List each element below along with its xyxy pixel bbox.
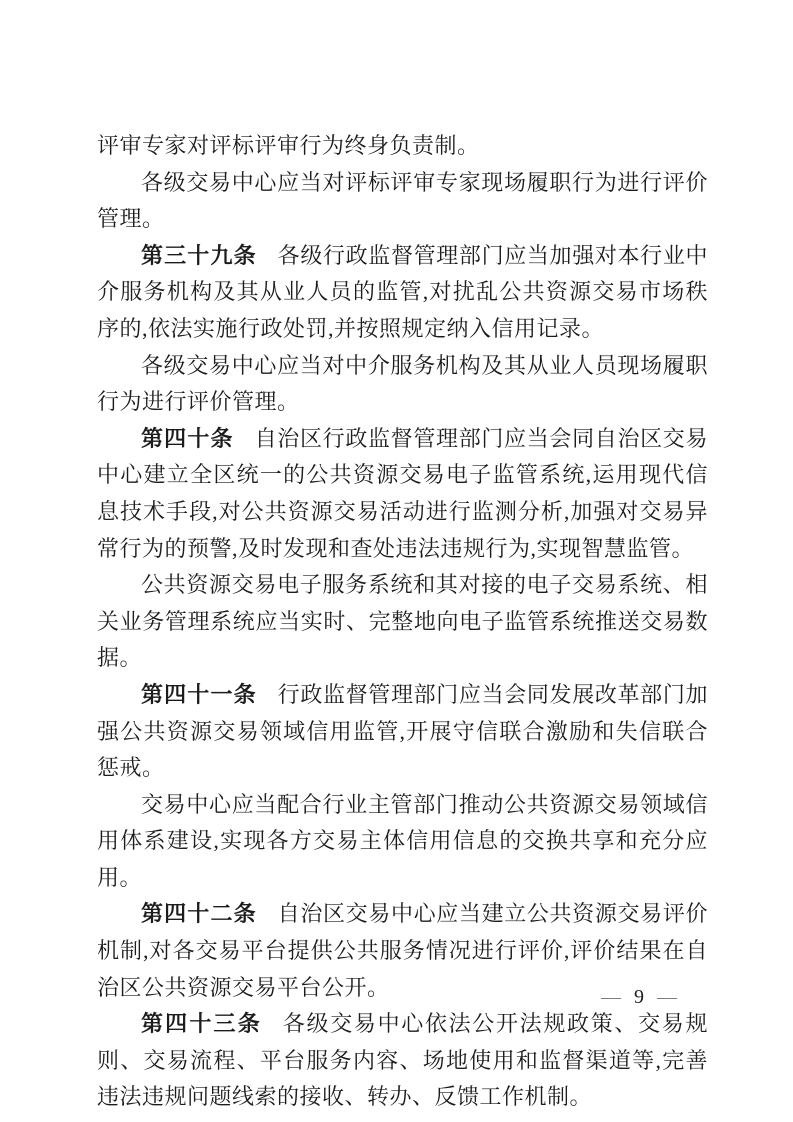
paragraph: 交易中心应当配合行业主管部门推动公共资源交易领域信用体系建设,实现各方交易主体信… xyxy=(97,787,708,897)
paragraph-text: 交易中心应当配合行业主管部门推动公共资源交易领域信用体系建设,实现各方交易主体信… xyxy=(97,792,708,890)
article-41-number: 第四十一条 xyxy=(141,682,257,707)
paragraph: 各级交易中心应当对中介服务机构及其从业人员现场履职行为进行评价管理。 xyxy=(97,348,708,421)
paragraph-article-43: 第四十三条各级交易中心依法公开法规政策、交易规则、交易流程、平台服务内容、场地使… xyxy=(97,1006,708,1116)
article-39-number: 第三十九条 xyxy=(141,243,257,268)
paragraph-text: 各级交易中心应当对评标评审专家现场履职行为进行评价管理。 xyxy=(97,170,708,232)
footer-dash-right: — xyxy=(657,986,677,1008)
paragraph: 各级交易中心应当对评标评审专家现场履职行为进行评价管理。 xyxy=(97,165,708,238)
document-page: 评审专家对评标评审行为终身负责制。 各级交易中心应当对评标评审专家现场履职行为进… xyxy=(0,0,793,1122)
paragraph-article-41: 第四十一条行政监督管理部门应当会同发展改革部门加强公共资源交易领域信用监管,开展… xyxy=(97,677,708,787)
paragraph-article-39: 第三十九条各级行政监督管理部门应当加强对本行业中介服务机构及其从业人员的监管,对… xyxy=(97,238,708,348)
page-number: 9 xyxy=(634,986,644,1008)
paragraph-text: 评审专家对评标评审行为终身负责制。 xyxy=(97,133,480,158)
footer-dash-left: — xyxy=(601,986,621,1008)
paragraph-text: 各级交易中心应当对中介服务机构及其从业人员现场履职行为进行评价管理。 xyxy=(97,353,708,415)
paragraph-continuation: 评审专家对评标评审行为终身负责制。 xyxy=(97,128,708,165)
paragraph: 公共资源交易电子服务系统和其对接的电子交易系统、相关业务管理系统应当实时、完整地… xyxy=(97,567,708,677)
page-footer: —9— xyxy=(601,985,677,1009)
paragraph-text: 公共资源交易电子服务系统和其对接的电子交易系统、相关业务管理系统应当实时、完整地… xyxy=(97,572,708,670)
article-43-number: 第四十三条 xyxy=(141,1011,262,1036)
document-text-block: 评审专家对评标评审行为终身负责制。 各级交易中心应当对评标评审专家现场履职行为进… xyxy=(97,128,708,1116)
article-42-number: 第四十二条 xyxy=(141,901,257,926)
article-40-number: 第四十条 xyxy=(141,426,234,451)
paragraph-article-40: 第四十条自治区行政监督管理部门应当会同自治区交易中心建立全区统一的公共资源交易电… xyxy=(97,421,708,567)
